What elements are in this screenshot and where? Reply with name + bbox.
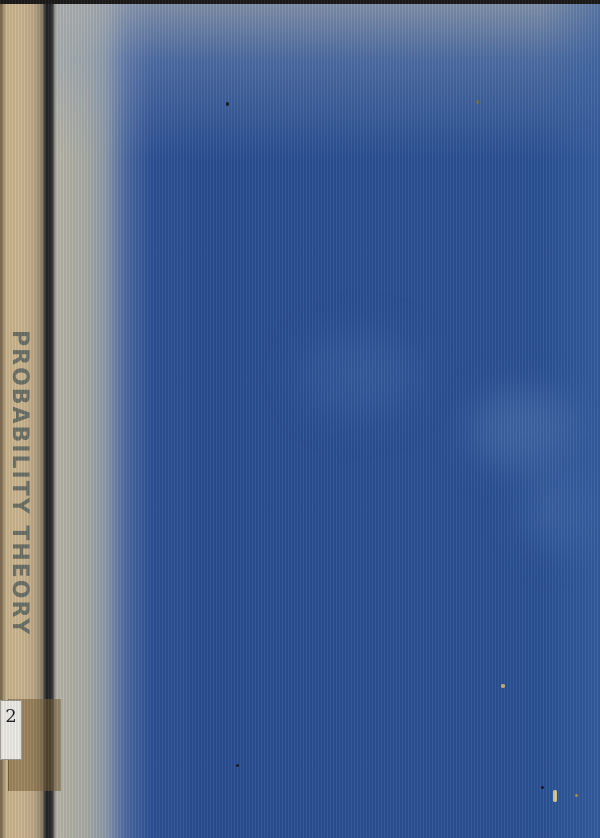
- speck: [541, 786, 544, 789]
- speck: [501, 684, 505, 688]
- speck: [553, 790, 557, 802]
- speck: [575, 794, 578, 797]
- speck: [236, 764, 239, 767]
- faded-right-edge: [540, 0, 600, 838]
- speck: [226, 102, 229, 106]
- library-label: 2: [0, 700, 22, 760]
- top-edge: [0, 0, 600, 4]
- book-photo: PROBABILITY THEORY 2: [0, 0, 600, 838]
- speck: [476, 100, 479, 104]
- faded-top: [56, 0, 600, 160]
- cover-mottle: [300, 330, 420, 420]
